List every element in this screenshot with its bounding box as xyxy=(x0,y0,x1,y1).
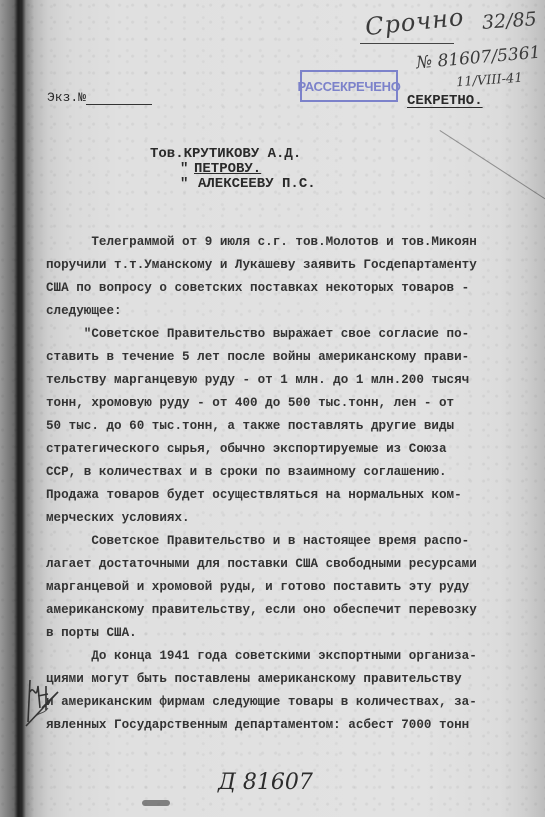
body-line: следующее: xyxy=(46,300,501,323)
body-line: тельству марганцевую руду - от 1 млн. до… xyxy=(46,369,501,392)
addressee-prefix: Тов. xyxy=(150,146,184,162)
body-line: явленных Государственным департаментом: … xyxy=(46,714,501,737)
document-body: Телеграммой от 9 июля с.г. тов.Молотов и… xyxy=(46,231,501,737)
handwritten-document-number: № 81607/5361 xyxy=(415,43,541,74)
addressee-row: "ПЕТРОВУ. xyxy=(150,162,316,177)
ditto-mark: " xyxy=(180,162,194,177)
addressee-name: КРУТИКОВУ А.Д. xyxy=(184,146,302,162)
body-line: и американским фирмам следующие товары в… xyxy=(46,691,501,714)
copy-number-blank xyxy=(86,104,152,105)
body-line: США по вопросу о советских поставках нек… xyxy=(46,277,501,300)
body-line: До конца 1941 года советскими экспортным… xyxy=(46,645,501,668)
ink-smudge xyxy=(142,800,170,806)
classification-label: СЕКРЕТНО. xyxy=(407,93,483,109)
body-line: в порты США. xyxy=(46,622,501,645)
ditto-mark: " xyxy=(180,177,198,192)
body-line: лагает достаточными для поставки США сво… xyxy=(46,553,501,576)
body-line: поручили т.т.Уманскому и Лукашеву заявит… xyxy=(46,254,501,277)
body-line: Советское Правительство и в настоящее вр… xyxy=(46,530,501,553)
urgent-underline xyxy=(360,43,454,44)
document-page: Срочно 32/85 № 81607/5361 11/VIII-41 РАС… xyxy=(0,0,545,817)
addressee-name: ПЕТРОВУ. xyxy=(194,161,261,177)
addressee-row: "АЛЕКСЕЕВУ П.С. xyxy=(150,177,316,192)
handwritten-reference: 32/85 xyxy=(481,8,537,34)
body-line: "Советское Правительство выражает свое с… xyxy=(46,323,501,346)
handwritten-urgent-note: Срочно xyxy=(364,3,466,41)
body-line: марганцевой и хромовой руды, и готово по… xyxy=(46,576,501,599)
body-line: Продажа товаров будет осуществляться на … xyxy=(46,484,501,507)
body-line: 50 тыс. до 60 тыс.тонн, а также поставля… xyxy=(46,415,501,438)
scan-artifact-line xyxy=(439,130,545,202)
handwritten-date: 11/VIII-41 xyxy=(456,71,524,91)
body-line: тонн, хромовую руду - от 400 до 500 тыс.… xyxy=(46,392,501,415)
body-line: Телеграммой от 9 июля с.г. тов.Молотов и… xyxy=(46,231,501,254)
margin-signature-icon xyxy=(22,672,62,728)
handwritten-bottom-reference: Д 81607 xyxy=(218,770,313,795)
body-line: циями могут быть поставлены американском… xyxy=(46,668,501,691)
copy-number-label: Экз.№ xyxy=(47,90,86,105)
body-line: ССР, в количествах и в сроки по взаимном… xyxy=(46,461,501,484)
body-line: стратегического сырья, обычно экспортиру… xyxy=(46,438,501,461)
body-line: американскому правительству, если оно об… xyxy=(46,599,501,622)
addressee-row: Тов.КРУТИКОВУ А.Д. xyxy=(150,147,316,162)
addressee-name: АЛЕКСЕЕВУ П.С. xyxy=(198,176,316,192)
body-line: ставить в течение 5 лет после войны амер… xyxy=(46,346,501,369)
body-line: мерческих условиях. xyxy=(46,507,501,530)
declassified-stamp: РАССЕКРЕЧЕНО xyxy=(300,70,398,102)
addressee-block: Тов.КРУТИКОВУ А.Д. "ПЕТРОВУ. "АЛЕКСЕЕВУ … xyxy=(150,147,316,192)
